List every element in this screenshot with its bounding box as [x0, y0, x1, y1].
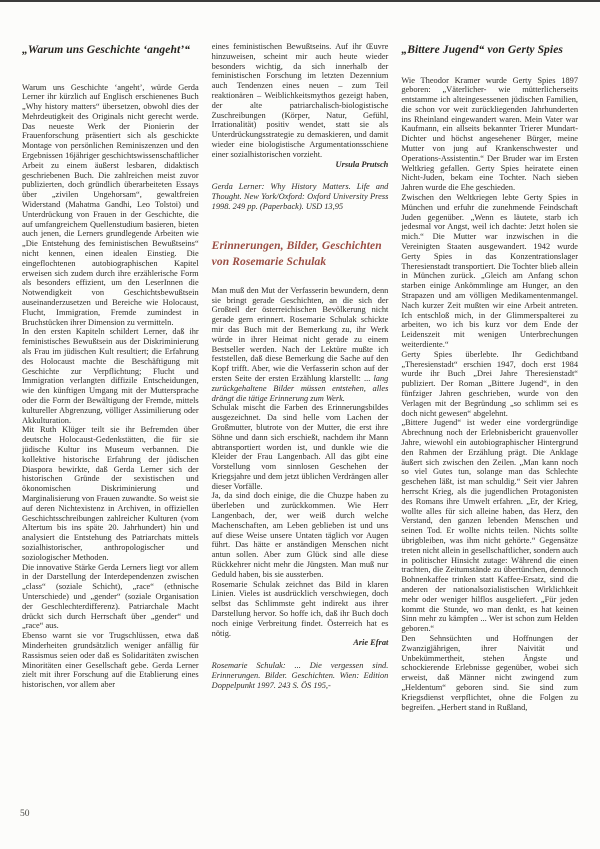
column-3: „Bittere Jugend“ von Gerty Spies Wie The…	[401, 42, 578, 712]
paragraph: Warum uns Geschichte ‘angeht’, würde Ger…	[22, 83, 199, 328]
paragraph: Mit Ruth Klüger teilt sie ihr Befremden …	[22, 425, 199, 562]
article-title-lerner: „Warum uns Geschichte ‘angeht’“	[22, 42, 199, 59]
column-2: eines feministischen Bewußtseins. Auf ih…	[212, 42, 389, 712]
article-title-spies: „Bittere Jugend“ von Gerty Spies	[401, 42, 578, 59]
journal-page: „Warum uns Geschichte ‘angeht’“ Warum un…	[0, 0, 600, 849]
paragraph: Ebenso warnt sie vor Trugschlüssen, etwa…	[22, 631, 199, 690]
scan-edge-line	[0, 0, 600, 2]
paragraph: Gerty Spies überlebte. Ihr Gedichtband „…	[401, 350, 578, 419]
paragraph: Rosemarie Schulak zeichnet das Bild in k…	[212, 580, 389, 639]
paragraph: In den ersten Kapiteln schildert Lerner,…	[22, 327, 199, 425]
paragraph: Schulak mischt die Farben des Erinnerung…	[212, 403, 389, 491]
page-number: 50	[20, 809, 30, 819]
paragraph: Den Sehnsüchten und Hoffnungen der Zwanz…	[401, 634, 578, 712]
paragraph: eines feministischen Bewußtseins. Auf ih…	[212, 42, 389, 160]
paragraph: „Bittere Jugend“ ist weder eine vordergr…	[401, 418, 578, 634]
paragraph-text: Man muß den Mut der Verfasserin bewunder…	[212, 286, 389, 383]
article-title-schulak: Erinnerungen, Bilder, Geschichten von Ro…	[212, 238, 389, 271]
text-columns: „Warum uns Geschichte ‘angeht’“ Warum un…	[22, 42, 578, 712]
paragraph: Ja, da sind doch einige, die die Chuzpe …	[212, 491, 389, 579]
paragraph: Wie Theodor Kramer wurde Gerty Spies 189…	[401, 76, 578, 194]
reviewer-signature-prutsch: Ursula Prutsch	[212, 160, 389, 170]
reviewer-signature-efrat: Arie Efrat	[212, 638, 389, 648]
column-1: „Warum uns Geschichte ‘angeht’“ Warum un…	[22, 42, 199, 712]
paragraph: Man muß den Mut der Verfasserin bewunder…	[212, 286, 389, 404]
bibliographic-reference-lerner: Gerda Lerner: Why History Matters. Life …	[212, 182, 389, 211]
paragraph: Zwischen den Weltkriegen lebte Gerty Spi…	[401, 193, 578, 350]
paragraph: Die innovative Stärke Gerda Lerners lieg…	[22, 563, 199, 632]
bibliographic-reference-schulak: Rosemarie Schulak: ... Die vergessen sin…	[212, 661, 389, 690]
